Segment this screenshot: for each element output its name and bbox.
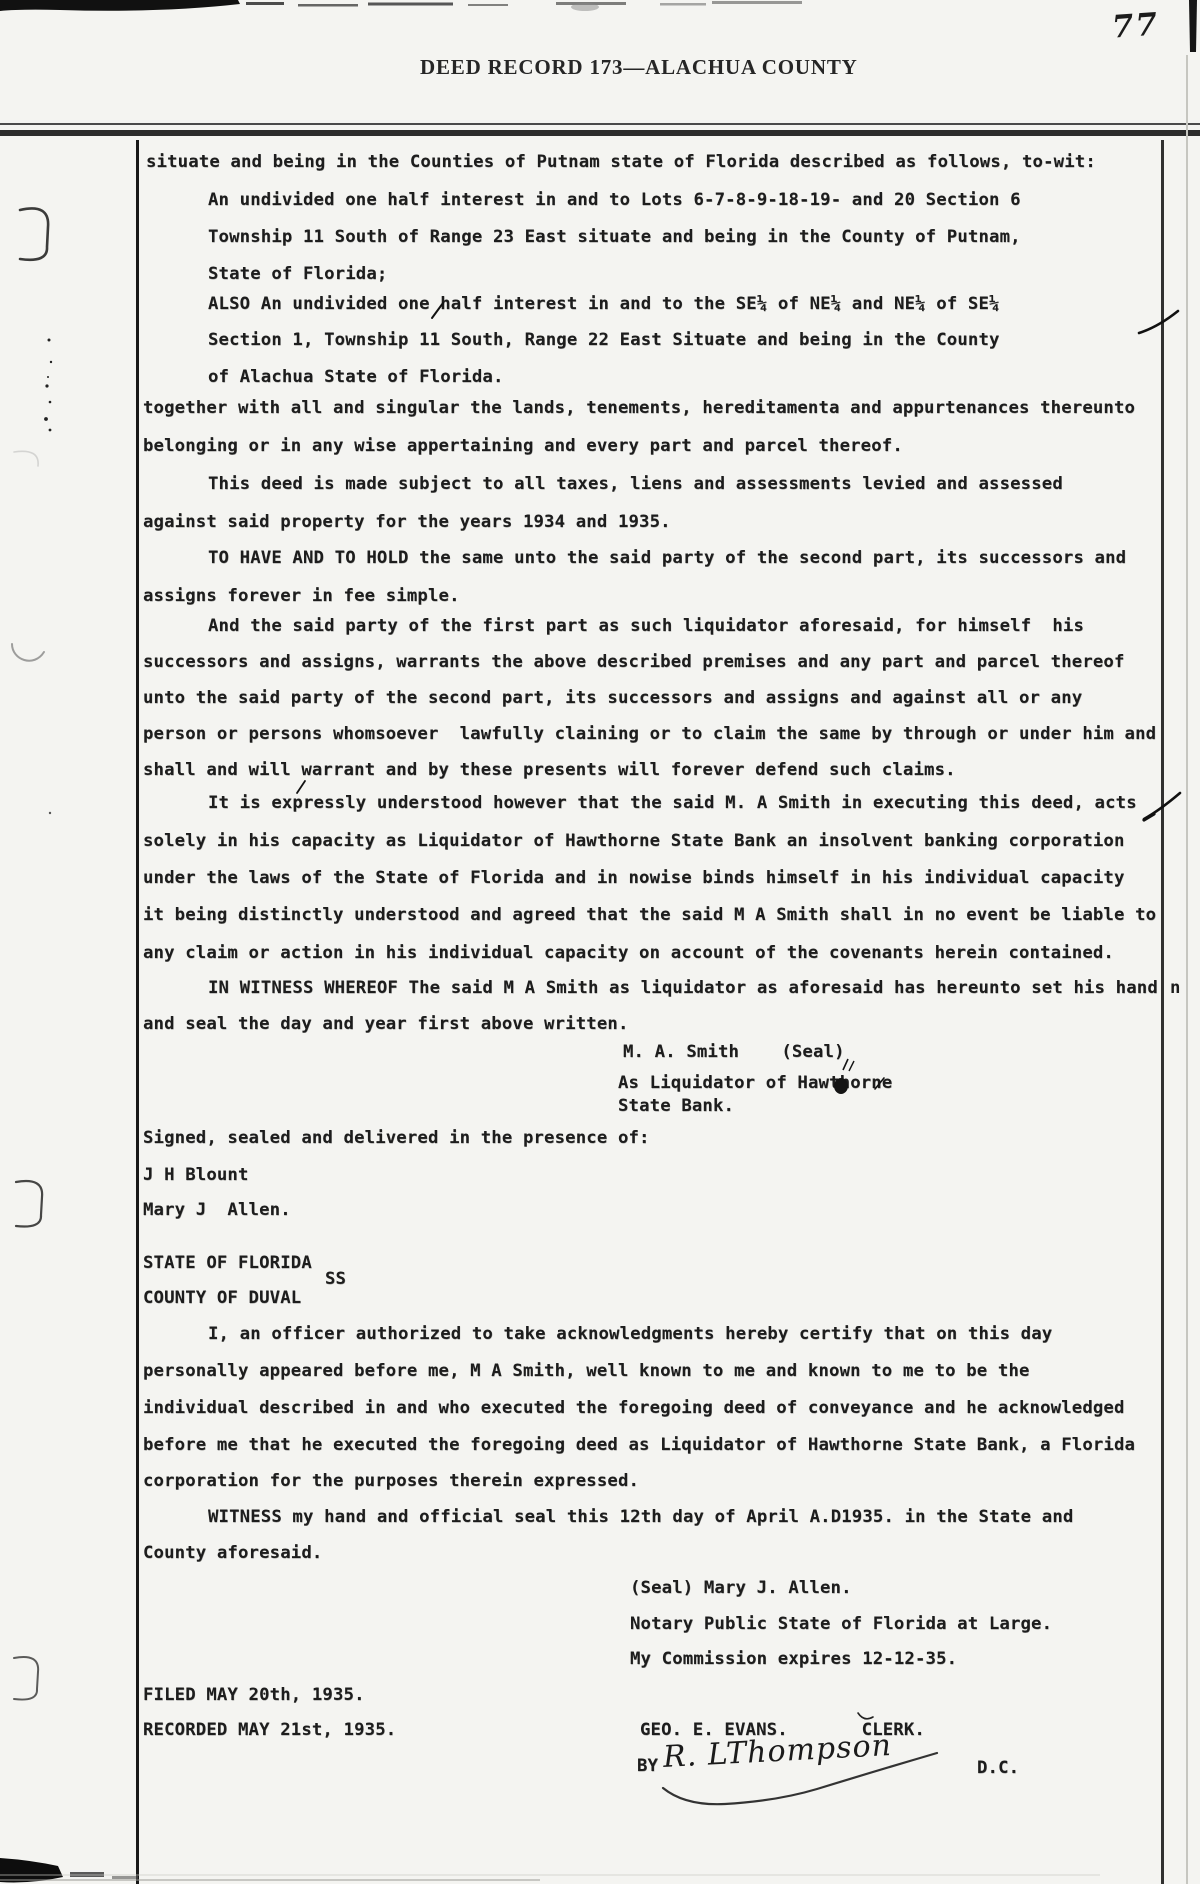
- text-line: individual described in and who executed…: [143, 1398, 1125, 1418]
- text-line: And the said party of the first part as …: [208, 616, 1084, 636]
- text-line: belonging or in any wise appertaining an…: [143, 436, 903, 456]
- check-mark-right-1: [1139, 311, 1178, 333]
- margin-bracket-mark-1: [20, 208, 48, 259]
- page-header-title: DEED RECORD 173—ALACHUA COUNTY: [420, 55, 780, 80]
- text-line: State of Florida;: [208, 264, 387, 284]
- text-line: D.C.: [977, 1758, 1019, 1778]
- text-line: situate and being in the Counties of Put…: [146, 152, 1096, 172]
- margin-curve-faint: [14, 451, 38, 466]
- top-edge-smear: [0, 0, 1197, 52]
- text-line: It is expressly understood however that …: [208, 793, 1137, 813]
- text-line: of Alachua State of Florida.: [208, 367, 504, 387]
- text-line: This deed is made subject to all taxes, …: [208, 474, 1063, 494]
- text-line: it being distinctly understood and agree…: [143, 905, 1156, 925]
- text-line: successors and assigns, warrants the abo…: [143, 652, 1125, 672]
- text-line: An undivided one half interest in and to…: [208, 190, 1021, 210]
- text-line: together with all and singular the lands…: [143, 398, 1135, 418]
- text-line: Signed, sealed and delivered in the pres…: [143, 1128, 650, 1148]
- text-line: Mary J Allen.: [143, 1200, 291, 1220]
- horizontal-rule-thin: [0, 123, 1200, 125]
- text-line: I, an officer authorized to take acknowl…: [208, 1324, 1052, 1344]
- margin-curve-mark: [12, 644, 44, 661]
- text-line: WITNESS my hand and official seal this 1…: [208, 1507, 1073, 1527]
- text-line: any claim or action in his individual ca…: [143, 943, 1114, 963]
- text-line: against said property for the years 1934…: [143, 512, 671, 532]
- text-line: and seal the day and year first above wr…: [143, 1014, 629, 1034]
- text-line: SS: [325, 1269, 346, 1289]
- handwritten-page-number: 77: [1111, 6, 1161, 45]
- text-line: State Bank.: [618, 1096, 734, 1116]
- tick-above-expressly: [297, 781, 305, 793]
- overflow-letter: n: [1170, 978, 1180, 998]
- right-margin-rule: [1161, 140, 1164, 1884]
- text-line: BY: [637, 1756, 658, 1776]
- left-margin-specks: [44, 339, 52, 815]
- text-line: Township 11 South of Range 23 East situa…: [208, 227, 1021, 247]
- text-line: STATE OF FLORIDA: [143, 1253, 312, 1273]
- text-line: M. A. Smith (Seal): [623, 1042, 845, 1062]
- horizontal-rule-thick: [0, 130, 1200, 136]
- text-line: person or persons whomsoever lawfully cl…: [143, 724, 1156, 744]
- margin-bracket-mark-2: [16, 1181, 42, 1227]
- bottom-edge-smear: [0, 1858, 1100, 1882]
- text-line: Section 1, Township 11 South, Range 22 E…: [208, 330, 1000, 350]
- left-margin-marks: [12, 208, 48, 1699]
- text-line: ALSO An undivided one half interest in a…: [208, 294, 1000, 314]
- text-line: J H Blount: [143, 1165, 249, 1185]
- text-line: under the laws of the State of Florida a…: [143, 868, 1125, 888]
- text-line: Notary Public State of Florida at Large.: [630, 1614, 1052, 1634]
- text-line: FILED MAY 20th, 1935.: [143, 1685, 365, 1705]
- text-line: (Seal) Mary J. Allen.: [630, 1578, 852, 1598]
- text-line: RECORDED MAY 21st, 1935.: [143, 1720, 396, 1740]
- right-page-edge-line: [1186, 55, 1188, 1884]
- text-line: IN WITNESS WHEREOF The said M A Smith as…: [208, 978, 1158, 998]
- text-line: TO HAVE AND TO HOLD the same unto the sa…: [208, 548, 1126, 568]
- left-margin-rule: [136, 140, 139, 1884]
- text-line: My Commission expires 12-12-35.: [630, 1649, 957, 1669]
- margin-bracket-mark-3: [14, 1657, 38, 1700]
- text-line: unto the said party of the second part, …: [143, 688, 1082, 708]
- text-line: shall and will warrant and by these pres…: [143, 760, 956, 780]
- top-right-edge-mark: [1189, 0, 1197, 52]
- text-line: personally appeared before me, M A Smith…: [143, 1361, 1030, 1381]
- text-line: corporation for the purposes therein exp…: [143, 1471, 639, 1491]
- text-line: solely in his capacity as Liquidator of …: [143, 831, 1125, 851]
- text-line: COUNTY OF DUVAL: [143, 1288, 301, 1308]
- text-line: As Liquidator of Hawthorne: [618, 1073, 892, 1093]
- scan-artifacts-overlay: [0, 0, 1200, 1884]
- deed-record-scan-page: DEED RECORD 173—ALACHUA COUNTY 77 situat…: [0, 0, 1200, 1884]
- tick-after-clerk: [858, 1713, 873, 1719]
- check-mark-right-2-head: [1144, 814, 1154, 820]
- text-line: assigns forever in fee simple.: [143, 586, 460, 606]
- text-line: County aforesaid.: [143, 1543, 322, 1563]
- text-line: before me that he executed the foregoing…: [143, 1435, 1135, 1455]
